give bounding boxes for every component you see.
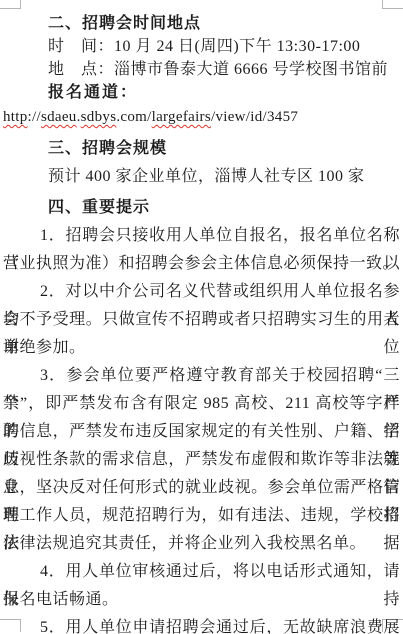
crop-mark-top-left — [0, 0, 21, 9]
notice-5-line-1: 5．用人单位申请招聘会通过后，无故缺席浪费展位资 — [3, 614, 400, 634]
section4-heading: 四、重要提示 — [3, 194, 400, 222]
notice-3-line-4: 歧视性条款的需求信息，严禁发布虚假和欺诈等非法就业信 — [3, 446, 400, 474]
document-content: 二、招聘会时间地点 时 间：10 月 24 日(周四)下午 13:30-17:0… — [3, 12, 400, 634]
url-segment-com: .com/ — [116, 109, 151, 125]
section2-heading: 二、招聘会时间地点 — [3, 12, 400, 35]
crop-mark-top-right — [382, 0, 403, 9]
time-line: 时 间：10 月 24 日(周四)下午 13:30-17:00 — [3, 35, 400, 58]
signup-channel-label: 报名通道： — [3, 81, 400, 104]
url-segment-sdaeu: sdaeu — [41, 109, 77, 125]
notice-3-line-7: 法律法规追究其责任，并将企业列入我校黑名单。 — [3, 530, 400, 558]
document-page: 二、招聘会时间地点 时 间：10 月 24 日(周四)下午 13:30-17:0… — [0, 0, 403, 634]
notice-3-line-2: 禁”，即严禁发布含有限定 985 高校、211 高校等字样的招 — [3, 390, 400, 418]
place-label: 地 点： — [48, 61, 114, 78]
notice-3-line-6: 聘工作人员，规范招聘行为，如有违法、违规，学校将依据 — [3, 502, 400, 530]
place-line: 地 点：淄博市鲁泰大道 6666 号学校图书馆前 — [3, 58, 400, 81]
time-label: 时 间： — [48, 38, 114, 55]
url-segment-http: http — [3, 109, 28, 125]
section3-heading: 三、招聘会规模 — [3, 135, 400, 163]
notice-4-line-1: 4．用人单位审核通过后，将以电话形式通知，请保持 — [3, 558, 400, 586]
notice-1-line-1: 1．招聘会只接收用人单位自报名，报名单位名称（以 — [3, 222, 400, 250]
notice-1-line-2: 营业执照为准）和招聘会参会主体信息必须保持一致。 — [3, 250, 400, 278]
notice-2-line-1: 2．对以中介公司名义代替或组织用人单位报名参会者 — [3, 278, 400, 306]
scale-line: 预计 400 家企业单位，淄博人社专区 100 家 — [3, 163, 400, 191]
notice-3-line-5: 息，坚决反对任何形式的就业歧视。参会单位需严格管理招 — [3, 474, 400, 502]
notice-3-line-3: 聘信息，严禁发布违反国家规定的有关性别、户籍、学历等 — [3, 418, 400, 446]
url-segment-largefairs: largefairs — [152, 109, 211, 125]
place-value: 淄博市鲁泰大道 6666 号学校图书馆前 — [114, 61, 388, 78]
url-segment-path: /view/id/3457 — [211, 109, 298, 125]
notice-2-line-2: 均不予受理。只做宣传不招聘或者只招聘实习生的用人单位 — [3, 306, 400, 334]
url-segment-scheme-sep: :// — [28, 109, 41, 125]
signup-url-line: http://sdaeu.sdbys.com/largefairs/view/i… — [3, 104, 400, 130]
notice-3-line-1: 3．参会单位要严格遵守教育部关于校园招聘“三个严 — [3, 362, 400, 390]
time-value: 10 月 24 日(周四)下午 13:30-17:00 — [114, 38, 360, 55]
url-segment-sdbys: sdbys — [81, 109, 117, 125]
